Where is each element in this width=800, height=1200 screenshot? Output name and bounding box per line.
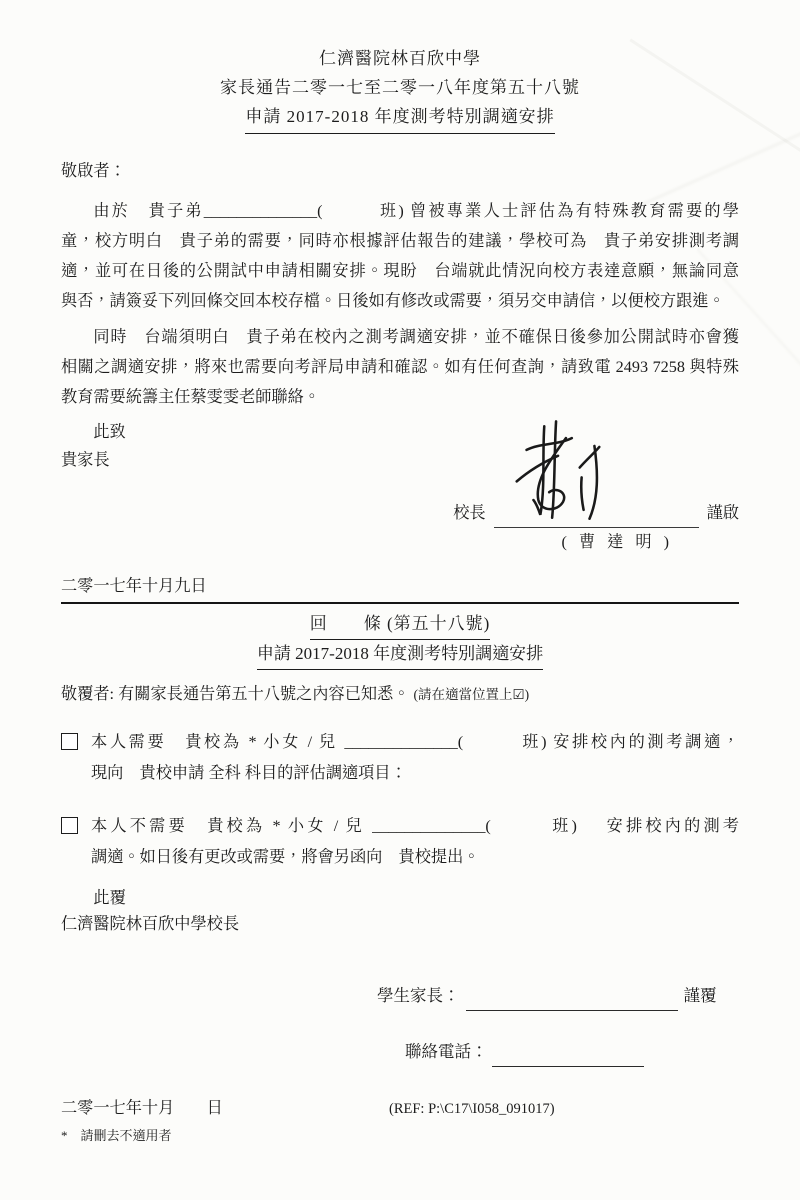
letter-subject: 申請 2017-2018 年度測考特別調適安排 <box>245 102 554 134</box>
checkbox-icon[interactable] <box>61 817 78 834</box>
scanned-letter-page: 仁濟醫院林百欣中學 家長通告二零一七至二零一八年度第五十八號 申請 2017-2… <box>61 0 739 1167</box>
option-row-need: 本人需要 貴校為 * 小女 / 兒 ______________( 班) 安排校… <box>61 727 739 789</box>
salutation: 敬啟者： <box>61 156 739 186</box>
paragraph-line: 由於 貴子弟______________( 班) 曾被專業人士評估為有特殊教育需… <box>61 196 739 226</box>
paragraph-line: 童，校方明白 貴子弟的需要，同時亦根據評估報告的建議，學校可為 貴子弟安排測考調 <box>61 226 739 256</box>
parent-signature-line <box>466 988 678 1011</box>
option-line: 現向 貴校申請 全科 科目的評估調適項目： <box>91 758 739 789</box>
footnote: * 請刪去不適用者 <box>61 1125 739 1147</box>
letter-date: 二零一七年十月九日 <box>61 572 739 600</box>
bottom-row: 二零一七年十月 日 (REF: P:\C17\I058_091017) <box>61 1095 739 1121</box>
paragraph-line: 相關之調適安排，將來也需要向考評局申請和確認。如有任何查詢，請致電 2493 7… <box>61 352 739 382</box>
reply-slip-subject-row: 申請 2017-2018 年度測考特別調適安排 <box>61 640 739 670</box>
option-text: 本人不需要 貴校為 * 小女 / 兒 ______________( 班) 安排… <box>91 811 739 873</box>
paragraph-line: 教育需要統籌主任蔡雯雯老師聯絡。 <box>61 382 739 412</box>
option-line: 本人不需要 貴校為 * 小女 / 兒 ______________( 班) 安排… <box>91 811 739 842</box>
parent-sign-label: 學生家長： <box>377 981 460 1011</box>
principal-sign-row: 校長 謹啟 <box>61 498 739 528</box>
option-line: 本人需要 貴校為 * 小女 / 兒 ______________( 班) 安排校… <box>91 727 739 758</box>
paragraph-line: 同時 台端須明白 貴子弟在校內之測考調適安排，並不確保日後參加公開試時亦會獲 <box>61 322 739 352</box>
letter-subject-row: 申請 2017-2018 年度測考特別調適安排 <box>61 102 739 134</box>
reply-slip-subject: 申請 2017-2018 年度測考特別調適安排 <box>257 640 543 670</box>
option-row-no-need: 本人不需要 貴校為 * 小女 / 兒 ______________( 班) 安排… <box>61 811 739 873</box>
paragraph-line: 與否，請簽妥下列回條交回本校存檔。日後如有修改或需要，須另交申請信，以便校方跟進… <box>61 286 739 316</box>
closing-label: 此致 <box>61 418 739 446</box>
phone-row: 聯絡電話： <box>405 1037 739 1067</box>
reply-date: 二零一七年十月 日 <box>61 1099 223 1117</box>
doc-ref: (REF: P:\C17\I058_091017) <box>389 1096 555 1122</box>
principal-name: ( 曹 達 明 ) <box>61 528 739 556</box>
paragraph-2: 同時 台端須明白 貴子弟在校內之測考調適安排，並不確保日後參加公開試時亦會獲 相… <box>61 322 739 412</box>
recipient-label: 貴家長 <box>61 446 739 474</box>
reply-intro: 敬覆者: 有關家長通告第五十八號之內容已知悉。 <box>61 685 409 703</box>
reply-intro-note: (請在適當位置上☑) <box>414 687 530 702</box>
phone-label: 聯絡電話： <box>405 1037 488 1067</box>
reply-intro-row: 敬覆者: 有關家長通告第五十八號之內容已知悉。 (請在適當位置上☑) <box>61 680 739 709</box>
reply-closing-label: 此覆 <box>61 885 739 911</box>
principal-label: 校長 <box>453 498 485 528</box>
notice-number: 家長通告二零一七至二零一八年度第五十八號 <box>61 73 739 102</box>
option-line: 調適。如日後有更改或需要，將會另函向 貴校提出。 <box>91 842 739 873</box>
school-name: 仁濟醫院林百欣中學 <box>61 44 739 73</box>
reply-slip-title: 回 條 (第五十八號) <box>310 610 491 640</box>
option-text: 本人需要 貴校為 * 小女 / 兒 ______________( 班) 安排校… <box>91 727 739 789</box>
section-divider <box>61 602 739 604</box>
paragraph-line: 適，並可在日後的公開試中申請相關安排。現盼 台端就此情況向校方表達意願，無論同意 <box>61 256 739 286</box>
phone-line <box>492 1044 644 1067</box>
parent-honorific: 謹覆 <box>684 981 717 1011</box>
principal-signature <box>501 416 619 530</box>
reply-slip-title-row: 回 條 (第五十八號) <box>61 610 739 640</box>
paragraph-1: 由於 貴子弟______________( 班) 曾被專業人士評估為有特殊教育需… <box>61 196 739 316</box>
parent-sign-row: 學生家長： 謹覆 <box>377 981 739 1011</box>
principal-signature-block: 校長 謹啟 ( 曹 達 明 ) <box>61 498 739 556</box>
reply-closing-school: 仁濟醫院林百欣中學校長 <box>61 911 739 937</box>
checkbox-icon[interactable] <box>61 733 78 750</box>
principal-honorific: 謹啟 <box>707 498 739 528</box>
